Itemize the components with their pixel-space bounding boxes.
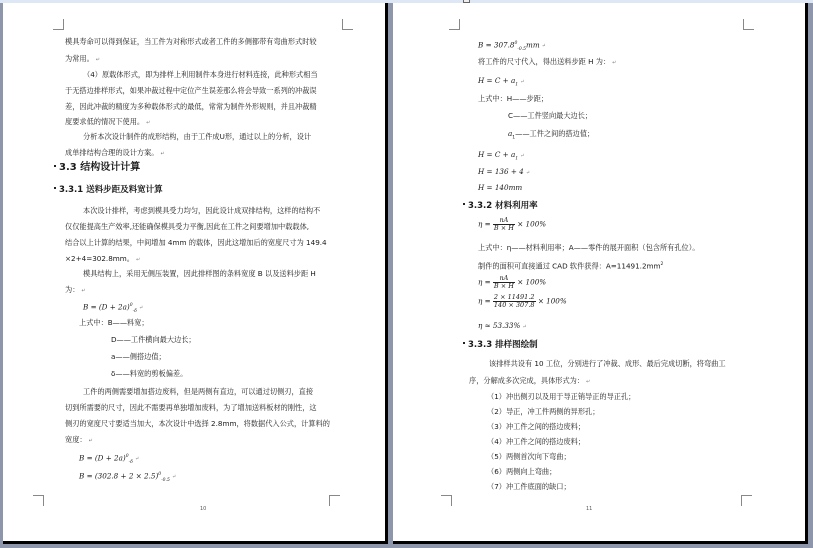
text-line: 宽度：↵ — [65, 435, 93, 446]
step-item: （5）两侧首次向下弯曲； — [487, 452, 571, 462]
text-line: 为常用。↵ — [65, 54, 100, 65]
text-line: 侧刃的宽度尺寸要适当加大，本次设计中选择 2.8mm，将数据代入公式，计算料的 — [65, 419, 330, 429]
formula-width-result: B = 307.80-0.5mm↵ — [478, 39, 546, 55]
text-line: 为：↵ — [65, 285, 86, 296]
legend-item: D——工件横向最大边长； — [111, 335, 196, 345]
calc-line: H = 136 + 4↵ — [478, 167, 530, 178]
formula-width-2: B = (D + 2a)0-δ↵ — [79, 452, 139, 468]
text-line: 分析本次设计制件的成形结构，由于工件成U形，通过以上的分析，设计 — [83, 132, 311, 142]
step-item: （6）两侧向上弯曲； — [487, 467, 556, 477]
text-line: 差，因此冲裁的精度为多种载体形式的最低，常常为制件外形规则，并且冲裁精 — [65, 102, 317, 112]
heading-3-3-2: 3.3.2 材料利用率 — [463, 201, 538, 211]
step-item: （2）导正，冲工件两侧的异形孔； — [487, 407, 599, 417]
calc-line: H = C + a1↵ — [478, 150, 524, 164]
text-line: 仅仅能提高生产效率,还能确保模具受力平衡,因此在工件之间要增加中载载体, — [65, 222, 309, 232]
legend-intro: 上式中：B——料宽； — [79, 318, 149, 328]
formula-step: H = C + a1↵ — [478, 76, 524, 90]
legend-item: δ——料宽的剪板偏差。 — [111, 369, 187, 379]
page-body: B = 307.80-0.5mm↵ 将工件的尺寸代入，得出送料步距 H 为：↵ … — [393, 3, 808, 544]
formula-width-3: B = (302.8 + 2 × 2.5)0-0.5↵ — [79, 470, 176, 486]
text-line: 成单排结构合理的设计方案。↵ — [65, 148, 165, 159]
step-item: （7）冲工件底面的缺口； — [487, 482, 571, 492]
text-line: 序，分解成多次完成，具体形式为：↵ — [469, 376, 590, 387]
legend-item: a——侧搭边值； — [111, 352, 166, 362]
formula-utilization-2: η = nAB × H × 100% — [478, 275, 546, 290]
document-page-10[interactable]: 模具寿命可以得到保证，当工件为对称形式或者工件的多侧都带有弯曲形式时较 为常用。… — [3, 3, 388, 544]
page-number: 10 — [200, 506, 206, 512]
text-line: ×2+4=302.8mm。↵ — [65, 254, 140, 265]
legend-utilization: 上式中：η——材料利用率；A——零件的展开面积（包含所有孔位）。 — [478, 243, 700, 253]
heading-3-3-1: 3.3.1 送料步距及料宽计算 — [54, 185, 163, 195]
text-line: （4）原载体形式，即为排样上利用制件本身进行材料连接，此种形式相当 — [83, 70, 318, 80]
formula-utilization: η = nAB × H × 100% — [478, 217, 546, 232]
page-number: 11 — [586, 506, 592, 512]
text-line: 切到所需要的尺寸，因此不需要再单独增加废料，为了增加送料板材的刚性，这 — [65, 403, 317, 413]
text-line: 制件的面积可直接通过 CAD 软件获得：A=11491.2mm2 — [478, 260, 663, 271]
formula-width: B = (D + 2a)0-δ↵ — [83, 301, 143, 317]
calc-line: H = 140mm — [478, 183, 522, 193]
document-page-11[interactable]: B = 307.80-0.5mm↵ 将工件的尺寸代入，得出送料步距 H 为：↵ … — [393, 3, 808, 544]
page-body: 模具寿命可以得到保证，当工件为对称形式或者工件的多侧都带有弯曲形式时较 为常用。… — [3, 3, 388, 544]
formula-utilization-result: η ≈ 53.33%↵ — [478, 321, 527, 332]
text-line: 将工件的尺寸代入，得出送料步距 H 为：↵ — [478, 57, 616, 68]
text-line: 结合以上计算的结果，中间增加 4mm 的载体，因此这增加后的宽度尺寸为 149.… — [65, 238, 327, 248]
text-line: 度要求低的情况下使用。↵ — [65, 117, 150, 128]
step-item: （3）冲工件之间的搭边废料； — [487, 422, 585, 432]
step-item: （4）冲工件之间的搭边废料； — [487, 437, 585, 447]
formula-utilization-calc: η = 2 × 11491.2140 × 307.8 × 100% — [478, 294, 567, 309]
heading-3-3: 3.3 结构设计计算 — [54, 163, 140, 173]
legend-intro: 上式中：H——步距； — [478, 94, 548, 104]
text-line: 模具寿命可以得到保证，当工件为对称形式或者工件的多侧都带有弯曲形式时较 — [65, 37, 317, 47]
text-line: 该排样共设有 10 工位，分别进行了冲裁、成形、最后完成切断，将弯曲工 — [489, 359, 726, 369]
text-line: 本次设计排样，考虑到模具受力均匀，因此设计成双排结构，这样的结构不 — [83, 206, 320, 216]
text-line: 模具结构上，采用无侧压装置，因此排样图的条料宽度 B 以及送料步距 H — [83, 269, 316, 279]
heading-3-3-3: 3.3.3 排样图绘制 — [463, 340, 538, 350]
text-line: 于无搭边排样形式，如果冲裁过程中定位产生误差那么将会导致一系列的冲裁误 — [65, 86, 317, 96]
text-line: 工件的两侧需要增加搭边废料，但是两侧有直边，可以通过切侧刃，直接 — [83, 387, 313, 397]
step-item: （1）冲出侧刃以及用于导正销导正的导正孔； — [487, 392, 635, 402]
legend-item: a1——工件之间的搭边值； — [508, 129, 594, 143]
legend-item: C——工件竖向最大边长； — [508, 111, 592, 121]
